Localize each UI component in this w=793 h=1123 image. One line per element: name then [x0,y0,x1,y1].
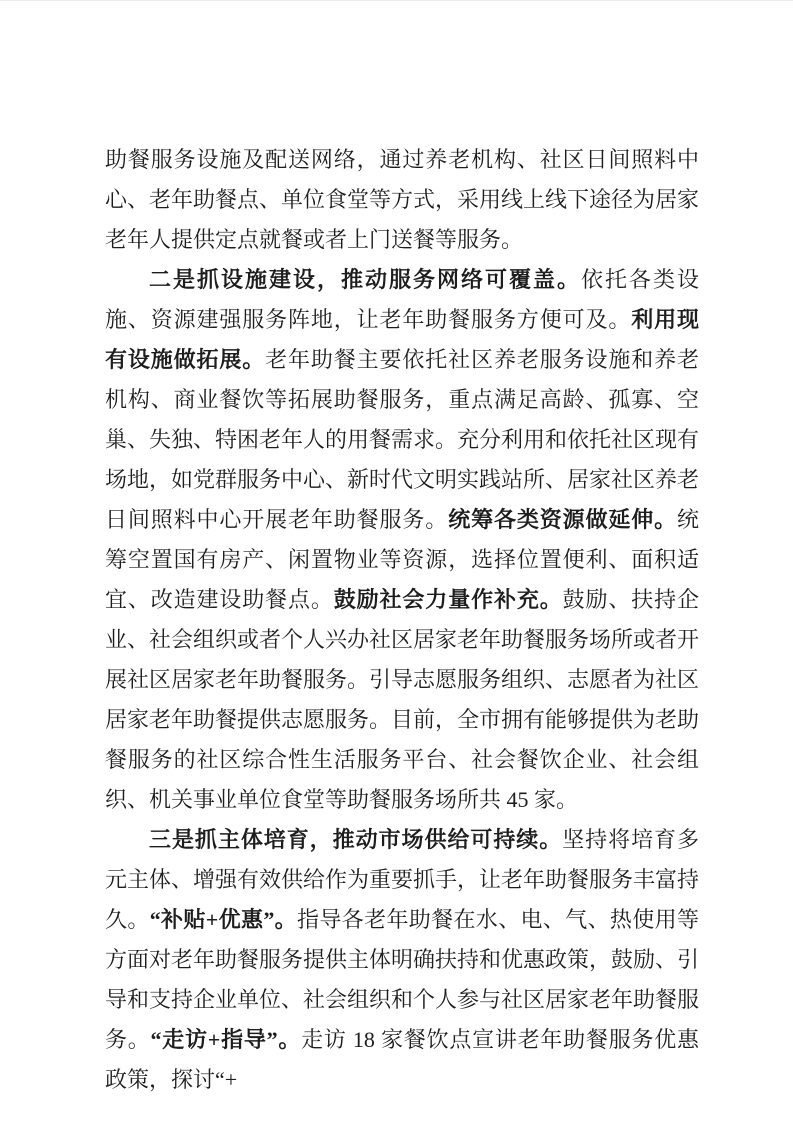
paragraph: 助餐服务设施及配送网络，通过养老机构、社区日间照料中心、老年助餐点、单位食堂等方… [105,140,699,260]
text-run-bold: 统筹各类资源做延伸。 [448,507,677,532]
text-run: 老年助餐主要依托社区养老服务设施和养老机构、商业餐饮等拓展助餐服务，重点满足高龄… [105,347,699,532]
paragraph: 三是抓主体培育，推动市场供给可持续。坚持将培育多元主体、增强有效供给作为重要抓手… [105,820,699,1100]
text-run-bold: 三是抓主体培育，推动市场供给可持续。 [149,827,562,852]
text-run-bold: 二是抓设施建设，推动服务网络可覆盖。 [149,267,581,292]
text-run-bold: “补贴+优惠”。 [150,907,297,932]
document-content: 助餐服务设施及配送网络，通过养老机构、社区日间照料中心、老年助餐点、单位食堂等方… [105,140,699,1100]
text-run: 鼓励、扶持企业、社会组织或者个人兴办社区居家老年助餐服务场所或者开展社区居家老年… [105,587,699,812]
paragraph: 二是抓设施建设，推动服务网络可覆盖。依托各类设施、资源建强服务阵地，让老年助餐服… [105,260,699,820]
text-run: 助餐服务设施及配送网络，通过养老机构、社区日间照料中心、老年助餐点、单位食堂等方… [105,147,699,252]
document-page: 助餐服务设施及配送网络，通过养老机构、社区日间照料中心、老年助餐点、单位食堂等方… [0,1,793,1123]
text-run-bold: “走访+指导”。 [151,1027,302,1052]
text-run-bold: 鼓励社会力量作补充。 [334,587,563,612]
